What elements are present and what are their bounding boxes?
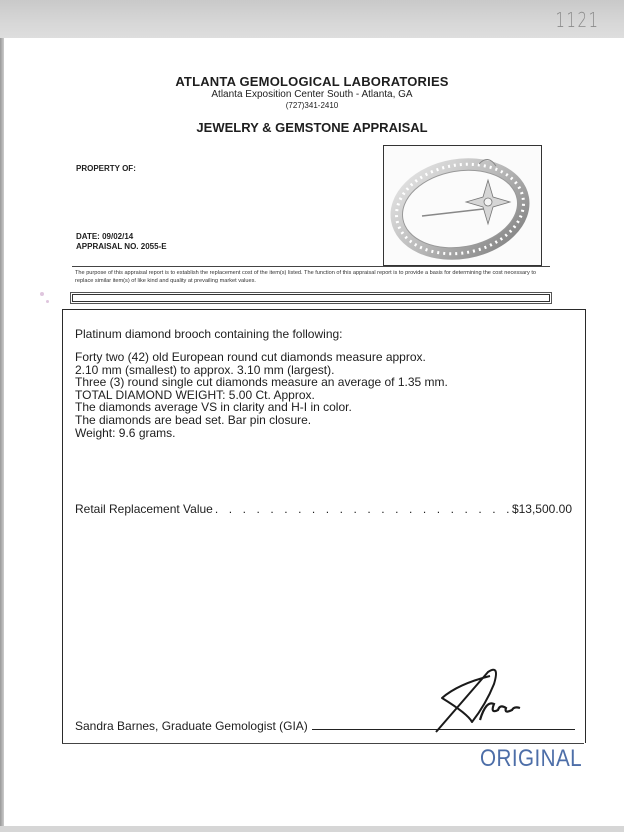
- ink-speck: [46, 300, 49, 303]
- handwritten-signature-icon: [428, 664, 548, 734]
- value-amount: $13,500.00: [512, 502, 572, 516]
- lab-phone: (727)341-2410: [0, 101, 624, 110]
- purpose-statement: The purpose of this appraisal report is …: [75, 269, 555, 285]
- description-line: Three (3) round single cut diamonds meas…: [75, 376, 448, 389]
- item-photo: [383, 145, 542, 266]
- lab-name: ATLANTA GEMOLOGICAL LABORATORIES: [0, 74, 624, 89]
- property-of-label: PROPERTY OF:: [76, 164, 136, 173]
- appraisal-number-label: APPRAISAL NO.: [76, 242, 139, 251]
- brooch-photo-icon: [384, 146, 541, 265]
- description-line: Weight: 9.6 grams.: [75, 427, 448, 440]
- lab-address: Atlanta Exposition Center South - Atlant…: [0, 89, 624, 100]
- dot-leader: . . . . . . . . . . . . . . . . . . . . …: [215, 502, 510, 516]
- ink-speck: [40, 292, 44, 296]
- original-stamp: ORIGINAL: [480, 745, 582, 773]
- retail-replacement-value-row: Retail Replacement Value . . . . . . . .…: [75, 502, 572, 516]
- scan-top-margin: [0, 0, 624, 38]
- header-divider: [72, 266, 550, 267]
- scan-left-edge: [0, 38, 4, 828]
- decorative-double-rule: [72, 294, 550, 302]
- description-line: Forty two (42) old European round cut di…: [75, 351, 448, 364]
- date-field: DATE: 09/02/14: [76, 232, 133, 241]
- property-of-field: PROPERTY OF:: [76, 164, 136, 173]
- appraisal-number-value: 2055-E: [141, 242, 167, 251]
- handwritten-page-number: 1121: [555, 8, 599, 32]
- description-line: The diamonds are bead set. Bar pin closu…: [75, 414, 448, 427]
- value-label: Retail Replacement Value: [75, 502, 213, 516]
- signer-name: Sandra Barnes, Graduate Gemologist (GIA): [75, 719, 308, 733]
- document-title: JEWELRY & GEMSTONE APPRAISAL: [0, 120, 624, 135]
- date-label: DATE:: [76, 232, 100, 241]
- date-value: 09/02/14: [102, 232, 133, 241]
- description-box-bottom-rule: [62, 743, 584, 744]
- appraisal-number-field: APPRAISAL NO. 2055-E: [76, 242, 167, 251]
- item-description-details: Forty two (42) old European round cut di…: [75, 351, 448, 439]
- item-description-title: Platinum diamond brooch containing the f…: [75, 327, 343, 341]
- scan-bottom-margin: [0, 826, 624, 832]
